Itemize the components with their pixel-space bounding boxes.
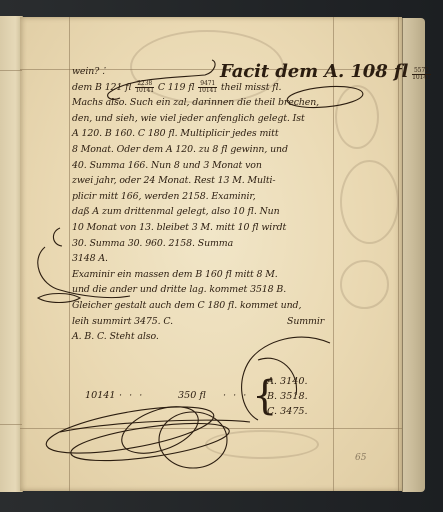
text-line: Examinir ein massen dem B 160 fl mitt 8 … [72, 267, 342, 283]
fraction: 947110141 [198, 81, 217, 94]
facing-page-rule [0, 70, 22, 71]
text-line: zwei jahr, oder 24 Monat. Rest 13 M. Mul… [72, 173, 342, 189]
line-text: C 119 fl [158, 82, 195, 93]
line-text: daß A zum drittenmal gelegt, also 10 fl.… [72, 206, 280, 217]
text-line: Gleicher gestalt auch dem C 180 fl. komm… [72, 298, 342, 314]
text-line: wein? ⁚ Facit dem A. 108 fl 557210141 [72, 64, 342, 80]
margin-rule-left [69, 17, 70, 491]
line-text: Examinir ein massen dem B 160 fl mitt 8 … [72, 269, 278, 280]
text-line: A. B. C. Steht also. [72, 329, 342, 345]
summary-calculation: 10141 · · · 350 fl · · · { A. 3140. B. 3… [85, 378, 355, 438]
result-b: B. 3518. [267, 391, 308, 402]
text-line: leih summirt 3475. C. Summir [72, 314, 342, 330]
summary-amount: 350 fl [178, 390, 206, 401]
text-line: 40. Summa 166. Nun 8 und 3 Monat von [72, 158, 342, 174]
leader-dots: · · · [119, 390, 144, 401]
line-text: plicir mitt 166, werden 2158. Examinir, [72, 191, 256, 202]
line-text: leih summirt 3475. C. [72, 316, 173, 327]
text-line: 30. Summa 30. 960. 2158. Summa [72, 236, 342, 252]
text-line: Machs also. Such ein zal, darinnen die t… [72, 95, 342, 111]
line-text: zwei jahr, oder 24 Monat. Rest 13 M. Mul… [72, 175, 276, 186]
text-line: plicir mitt 166, werden 2158. Examinir, [72, 189, 342, 205]
line-text: 40. Summa 166. Nun 8 und 3 Monat von [72, 160, 262, 171]
show-through-flourish [340, 260, 389, 309]
line-text: 30. Summa 30. 960. 2158. Summa [72, 238, 233, 249]
text-line: 10 Monat von 13. bleibet 3 M. mitt 10 fl… [72, 220, 342, 236]
line-text: Gleicher gestalt auch dem C 180 fl. komm… [72, 300, 301, 311]
text-line: 8 Monat. Oder dem A 120. zu 8 fl gewinn,… [72, 142, 342, 158]
manuscript-text: wein? ⁚ Facit dem A. 108 fl 557210141 de… [72, 64, 342, 345]
line-text: A 120. B 160. C 180 fl. Multiplicir jede… [72, 128, 279, 139]
text-line: A 120. B 160. C 180 fl. Multiplicir jede… [72, 126, 342, 142]
edge-rule-right [398, 17, 399, 491]
text-line: den, und sieh, wie viel jeder anfenglich… [72, 111, 342, 127]
line-text: und die ander und dritte lag. kommet 351… [72, 284, 286, 295]
line-text: theil misst fl. [221, 82, 282, 93]
text-line: dem B 121 fl 223810141 C 119 fl 94711014… [72, 80, 342, 96]
line-text: 10 Monat von 13. bleibet 3 M. mitt 10 fl… [72, 222, 286, 233]
page-stack-edge [402, 18, 425, 492]
result-a: A. 3140. [267, 376, 308, 387]
folio-number: 65 [355, 453, 366, 463]
fraction: 557210141 [412, 68, 431, 81]
text-line: 3148 A. [72, 251, 342, 267]
line-text: wein? ⁚ [72, 66, 105, 77]
result-c: C. 3475. [267, 406, 308, 417]
summary-total: 10141 [85, 390, 116, 401]
text-line: daß A zum drittenmal gelegt, also 10 fl.… [72, 204, 342, 220]
facing-page-rule-bottom [0, 424, 22, 425]
line-text: Machs also. Such ein zal, darinnen die t… [72, 97, 319, 108]
leader-dots: · · · [223, 390, 248, 401]
line-text: A. B. C. Steht also. [72, 331, 159, 342]
line-text: 3148 A. [72, 253, 108, 264]
line-text: dem B 121 fl [72, 82, 131, 93]
line-text: den, und sieh, wie viel jeder anfenglich… [72, 113, 305, 124]
line-text: 8 Monat. Oder dem A 120. zu 8 fl gewinn,… [72, 144, 288, 155]
summir-label: Summir [287, 314, 324, 330]
text-line: und die ander und dritte lag. kommet 351… [72, 282, 342, 298]
fraction: 223810141 [135, 81, 154, 94]
show-through-flourish [340, 160, 399, 244]
